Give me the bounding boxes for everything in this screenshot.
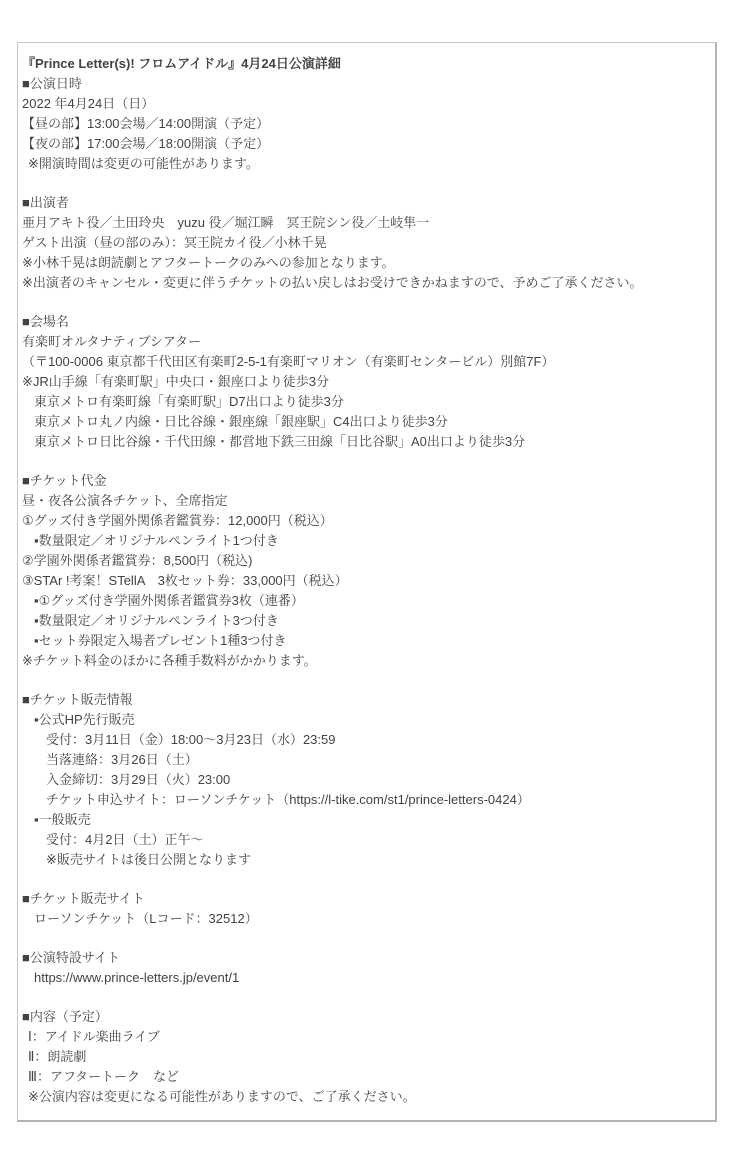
section-ticket-prices: ■チケット代金昼・夜各公演各チケット、全席指定①グッズ付き学園外関係者鑑賞券：1… [22, 471, 705, 671]
section-heading: ■公演日時 [22, 74, 705, 94]
text-line: ※公演内容は変更になる可能性がありますので、ご了承ください。 [22, 1087, 705, 1107]
text-line: ▪一般販売 [22, 810, 705, 830]
section-heading: ■チケット販売情報 [22, 690, 705, 710]
text-line: ※JR山手線「有楽町駅」中央口・銀座口より徒歩3分 [22, 372, 705, 392]
text-line: ※開演時間は変更の可能性があります。 [22, 154, 705, 174]
section-title-and-datetime: 『Prince Letter(s)! フロムアイドル』4月24日公演詳細■公演日… [22, 54, 705, 174]
text-line: ▪セット券限定入場者プレゼント1種3つ付き [22, 631, 705, 651]
section-venue: ■会場名有楽町オルタナティブシアター（〒100-0006 東京都千代田区有楽町2… [22, 312, 705, 452]
text-line: 東京メトロ丸ノ内線・日比谷線・銀座線「銀座駅」C4出口より徒歩3分 [22, 412, 705, 432]
section-special-site: ■公演特設サイトhttps://www.prince-letters.jp/ev… [22, 948, 705, 988]
text-line: 受付：4月2日（土）正午～ [22, 830, 705, 850]
text-line: ③STAr !考案！STellA 3枚セット券：33,000円（税込） [22, 571, 705, 591]
text-line: ▪数量限定／オリジナルペンライト1つ付き [22, 531, 705, 551]
text-line: ※販売サイトは後日公開となります [22, 850, 705, 870]
text-line: ※チケット料金のほかに各種手数料がかかります。 [22, 651, 705, 671]
text-line: 【昼の部】13:00会場／14:00開演（予定） [22, 114, 705, 134]
text-line: 亜月アキト役／土田玲央 yuzu 役／堀江瞬 冥王院シン役／土岐隼一 [22, 213, 705, 233]
text-line: （〒100-0006 東京都千代田区有楽町2-5-1有楽町マリオン（有楽町センタ… [22, 352, 705, 372]
section-ticket-sales-site: ■チケット販売サイトローソンチケット（Lコード：32512） [22, 889, 705, 929]
text-line: ローソンチケット（Lコード：32512） [22, 909, 705, 929]
text-line: チケット申込サイト：ローソンチケット（https://l-tike.com/st… [22, 790, 705, 810]
text-line: 入金締切：3月29日（火）23:00 [22, 770, 705, 790]
text-line: 昼・夜各公演各チケット、全席指定 [22, 491, 705, 511]
event-details-box: 『Prince Letter(s)! フロムアイドル』4月24日公演詳細■公演日… [17, 42, 717, 1122]
section-heading: ■チケット販売サイト [22, 889, 705, 909]
section-performers: ■出演者亜月アキト役／土田玲央 yuzu 役／堀江瞬 冥王院シン役／土岐隼一ゲス… [22, 193, 705, 293]
text-line: Ⅱ：朗読劇 [22, 1047, 705, 1067]
text-line: ▪公式HP先行販売 [22, 710, 705, 730]
section-contents-planned: ■内容（予定）Ⅰ：アイドル楽曲ライブⅡ：朗読劇Ⅲ：アフタートーク など※公演内容… [22, 1007, 705, 1107]
page-title: 『Prince Letter(s)! フロムアイドル』4月24日公演詳細 [22, 54, 705, 74]
text-line: ▪数量限定／オリジナルペンライト3つ付き [22, 611, 705, 631]
text-line: ゲスト出演（昼の部のみ）：冥王院カイ役／小林千晃 [22, 233, 705, 253]
text-line: 有楽町オルタナティブシアター [22, 332, 705, 352]
text-line: Ⅰ：アイドル楽曲ライブ [22, 1027, 705, 1047]
text-line: ※小林千晃は朗読劇とアフタートークのみへの参加となります。 [22, 253, 705, 273]
text-line: 東京メトロ有楽町線「有楽町駅」D7出口より徒歩3分 [22, 392, 705, 412]
page: 『Prince Letter(s)! フロムアイドル』4月24日公演詳細■公演日… [0, 0, 740, 1164]
text-line: 2022 年4月24日（日） [22, 94, 705, 114]
text-line: ▪①グッズ付き学園外関係者鑑賞券3枚（連番） [22, 591, 705, 611]
text-line: 当落連絡：3月26日（土） [22, 750, 705, 770]
text-line: ②学園外関係者鑑賞券：8,500円（税込) [22, 551, 705, 571]
section-heading: ■内容（予定） [22, 1007, 705, 1027]
text-line: 東京メトロ日比谷線・千代田線・都営地下鉄三田線「日比谷駅」A0出口より徒歩3分 [22, 432, 705, 452]
text-line: 【夜の部】17:00会場／18:00開演（予定） [22, 134, 705, 154]
section-heading: ■会場名 [22, 312, 705, 332]
text-line: ※出演者のキャンセル・変更に伴うチケットの払い戻しはお受けできかねますので、予め… [22, 273, 705, 293]
text-line: 受付：3月11日（金）18:00～3月23日（水）23:59 [22, 730, 705, 750]
text-line: Ⅲ：アフタートーク など [22, 1067, 705, 1087]
section-heading: ■出演者 [22, 193, 705, 213]
url-text: https://www.prince-letters.jp/event/1 [22, 968, 705, 988]
section-ticket-sales-info: ■チケット販売情報▪公式HP先行販売受付：3月11日（金）18:00～3月23日… [22, 690, 705, 870]
section-heading: ■チケット代金 [22, 471, 705, 491]
section-heading: ■公演特設サイト [22, 948, 705, 968]
text-line: ①グッズ付き学園外関係者鑑賞券：12,000円（税込） [22, 511, 705, 531]
